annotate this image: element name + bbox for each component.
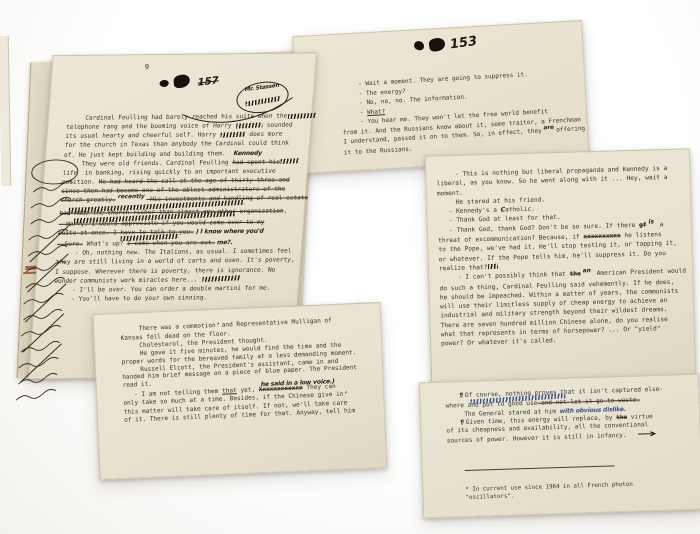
typed-text: What's up? <box>83 240 128 247</box>
typed-text-block: There was a commotion,and Representative… <box>94 303 384 426</box>
photo-of-manuscript-pages: 9 157 Mr. Stassen <box>0 0 700 534</box>
struck-text: I come when you are out. <box>127 239 216 247</box>
struck-overtyped-text: xxxxxxxxxx <box>583 232 620 240</box>
typed-text: atholic. <box>505 206 535 214</box>
handwritten-insertion: is <box>648 219 654 225</box>
typed-text-block: ¶ Of course, nothing proves that it isn'… <box>420 375 700 447</box>
typed-text: - Kennedy's a <box>437 207 501 216</box>
margin-handwriting-scribbles <box>10 158 84 415</box>
pen-flourish <box>175 89 299 136</box>
scribble <box>221 131 245 137</box>
handwritten-page-number: 153 <box>449 34 478 53</box>
text-line: - You'll have to do your own sinning. <box>53 292 294 304</box>
manuscript-page-general: ¶ Of course, nothing proves that it isn'… <box>419 374 700 519</box>
typed-text: wonder communists work miracles here... <box>54 276 198 284</box>
footnote-block: * In current use since 1964 in all Frenc… <box>464 447 700 517</box>
handwritten-insertion: are <box>543 125 554 132</box>
typed-text: "oscillators". <box>465 493 514 501</box>
typed-text: realize that? <box>439 264 488 272</box>
typed-page-number: 9 <box>145 63 150 71</box>
typed-text: power? Or whatever it's called. <box>441 337 557 347</box>
typed-text: virtue <box>627 413 653 421</box>
typed-text: - I can't possibly think that <box>439 271 570 282</box>
handwritten-insertion: an <box>583 268 591 274</box>
ink-blot-large <box>428 37 446 52</box>
underlined-text: What? <box>367 108 385 116</box>
typed-text: yet, <box>237 386 259 394</box>
typed-text: - I'll be over. You can order a double m… <box>53 284 270 293</box>
typed-text-block: - This is nothing but liberal propaganda… <box>426 149 694 349</box>
typed-text: sources of power. However it is still in… <box>447 432 627 445</box>
footnote-text: * In current use since 1964 in all Frenc… <box>465 480 700 502</box>
typed-text: They were old friends. Cardinal Feulling <box>63 159 232 168</box>
struck-overtyped-text: gf <box>639 221 647 228</box>
manuscript-page-cardinal: - This is nothing but liberal propaganda… <box>425 148 696 385</box>
scribble <box>281 158 299 164</box>
typed-text: moment. <box>437 189 463 197</box>
typed-text: American President would <box>593 268 686 278</box>
scribble <box>236 122 262 128</box>
typed-text: I suppose. Wherever there is poverty, th… <box>55 266 276 275</box>
typed-text: he listens <box>621 231 662 239</box>
manuscript-page-153: 153 - Wait a moment. They are going to s… <box>292 20 589 174</box>
struck-text: had spent his <box>232 158 280 165</box>
scribble <box>488 264 498 270</box>
typed-text: - <box>342 109 368 117</box>
handwriting: me?. <box>215 239 233 246</box>
manuscript-page-president: There was a commotion,and Representative… <box>93 302 388 480</box>
typed-text: a <box>656 221 664 228</box>
struck-overtyped-text: the <box>616 414 627 421</box>
handwriting: ) I know where you'd <box>194 228 264 236</box>
handwritten-insertion: , <box>217 320 219 326</box>
hand-arrow: → <box>636 430 657 439</box>
handwriting: Kennedy <box>233 149 262 156</box>
handwritten-insertion: recently <box>118 194 145 200</box>
typed-text: of. He just kept building and building t… <box>64 150 226 159</box>
sheet-edge-sliver <box>0 36 11 186</box>
ink-blot-small <box>414 41 425 51</box>
struck-overtyped-text: the <box>570 271 581 278</box>
typed-text: - You'll have to do your own sinning. <box>53 294 208 303</box>
scribble <box>202 275 240 282</box>
typed-text: offering <box>556 125 585 134</box>
typed-text: , <box>283 207 287 214</box>
footnote-rule <box>465 465 615 471</box>
underlined-text: that <box>222 387 237 395</box>
scribble <box>288 112 316 118</box>
